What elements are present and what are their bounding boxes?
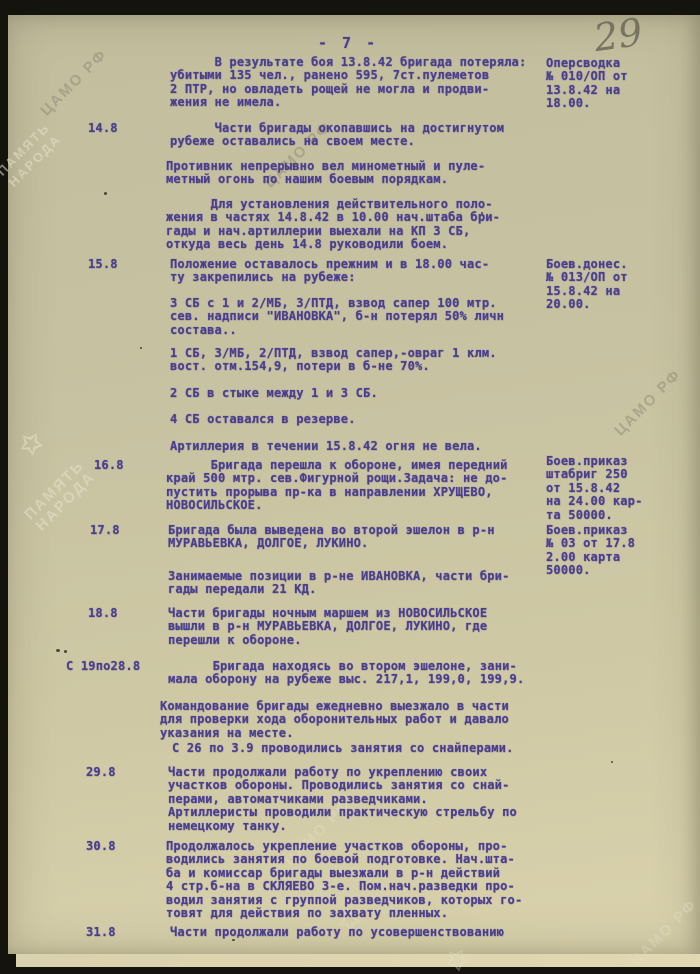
entry-paragraph: 2 СБ в стыке между 1 и 3 СБ. [170, 387, 378, 400]
margin-note: Боев.донес. № 013/ОП от 15.8.42 на 20.00… [546, 258, 698, 312]
entry-paragraph: Бригада была выведена во второй эшелон в… [168, 524, 495, 551]
paper-speck [232, 939, 235, 941]
entry-paragraph: Части продолжали работу по усовершенство… [170, 926, 504, 939]
entry-date: 15.8 [88, 258, 118, 271]
entry-date: С 19по28.8 [66, 660, 140, 673]
entry-paragraph: Для установления действительного поло- ж… [166, 198, 500, 252]
paper-speck [104, 192, 107, 195]
entry-date: 31.8 [86, 926, 116, 939]
entry-paragraph: Продолжалось укрепление участков обороны… [166, 840, 522, 920]
entry-paragraph: Занимаемые позиции в р-не ИВАНОВКА, част… [168, 570, 510, 597]
entry-paragraph: Положение оставалось прежним и в 18.00 ч… [170, 258, 489, 285]
paper-speck [56, 649, 60, 652]
margin-note: Боев.приказ штабриг 250 от 15.8.42 на 24… [546, 455, 698, 522]
entry-paragraph: С 26 по 3.9 проводились занятия со снайп… [172, 742, 514, 755]
entry-date: 17.8 [90, 524, 120, 537]
entry-paragraph: Противник непрерывно вел минометный и пу… [166, 160, 485, 187]
paper-speck [140, 347, 142, 349]
handwritten-page-number: 29 [592, 13, 645, 57]
entry-date: 14.8 [88, 122, 118, 135]
paper-speck [481, 212, 483, 214]
entry-paragraph: Части бригады окопавшись на достигнутом … [170, 122, 504, 149]
entry-paragraph: Бригада находясь во втором эшелоне, зани… [168, 660, 524, 687]
entry-paragraph: Части бригады ночным маршем из НОВОСИЛЬС… [168, 607, 487, 647]
entry-paragraph: В результате боя 13.8.42 бригада потерял… [170, 56, 526, 110]
entry-date: 16.8 [94, 459, 124, 472]
entry-paragraph: Артиллерия в течении 15.8.42 огня не вел… [170, 440, 482, 453]
entry-date: 29.8 [86, 766, 116, 779]
entry-paragraph: Бригада перешла к обороне, имея передний… [166, 459, 508, 513]
entry-paragraph: Командование бригады ежедневно выезжало … [160, 700, 509, 740]
margin-note: Боев.приказ № 03 от 17.8 2.00 карта 5000… [546, 524, 698, 578]
entry-date: 30.8 [86, 840, 116, 853]
entry-paragraph: 3 СБ с 1 и 2/МБ, 3/ПТД, взвод сапер 100 … [170, 297, 504, 337]
page-number: - 7 - [318, 36, 378, 51]
margin-note: Оперсводка № 010/ОП от 13.8.42 на 18.00. [546, 57, 698, 111]
entry-date: 18.8 [88, 607, 118, 620]
next-page-edge [16, 954, 700, 967]
entry-paragraph: Части продолжали работу по укреплению св… [168, 766, 517, 833]
paper-speck [611, 761, 613, 763]
entry-paragraph: 4 СБ оставался в резерве. [170, 413, 356, 426]
scanned-document-page: ЦАМО РФ ПАМЯТЬ НАРОДА ЦАМО РФ ✩ ПАМЯТЬ Н… [0, 0, 700, 974]
paper-speck [64, 650, 67, 653]
entry-paragraph: 1 СБ, 3/МБ, 2/ПТД, взвод сапер,-овраг 1 … [170, 347, 497, 374]
